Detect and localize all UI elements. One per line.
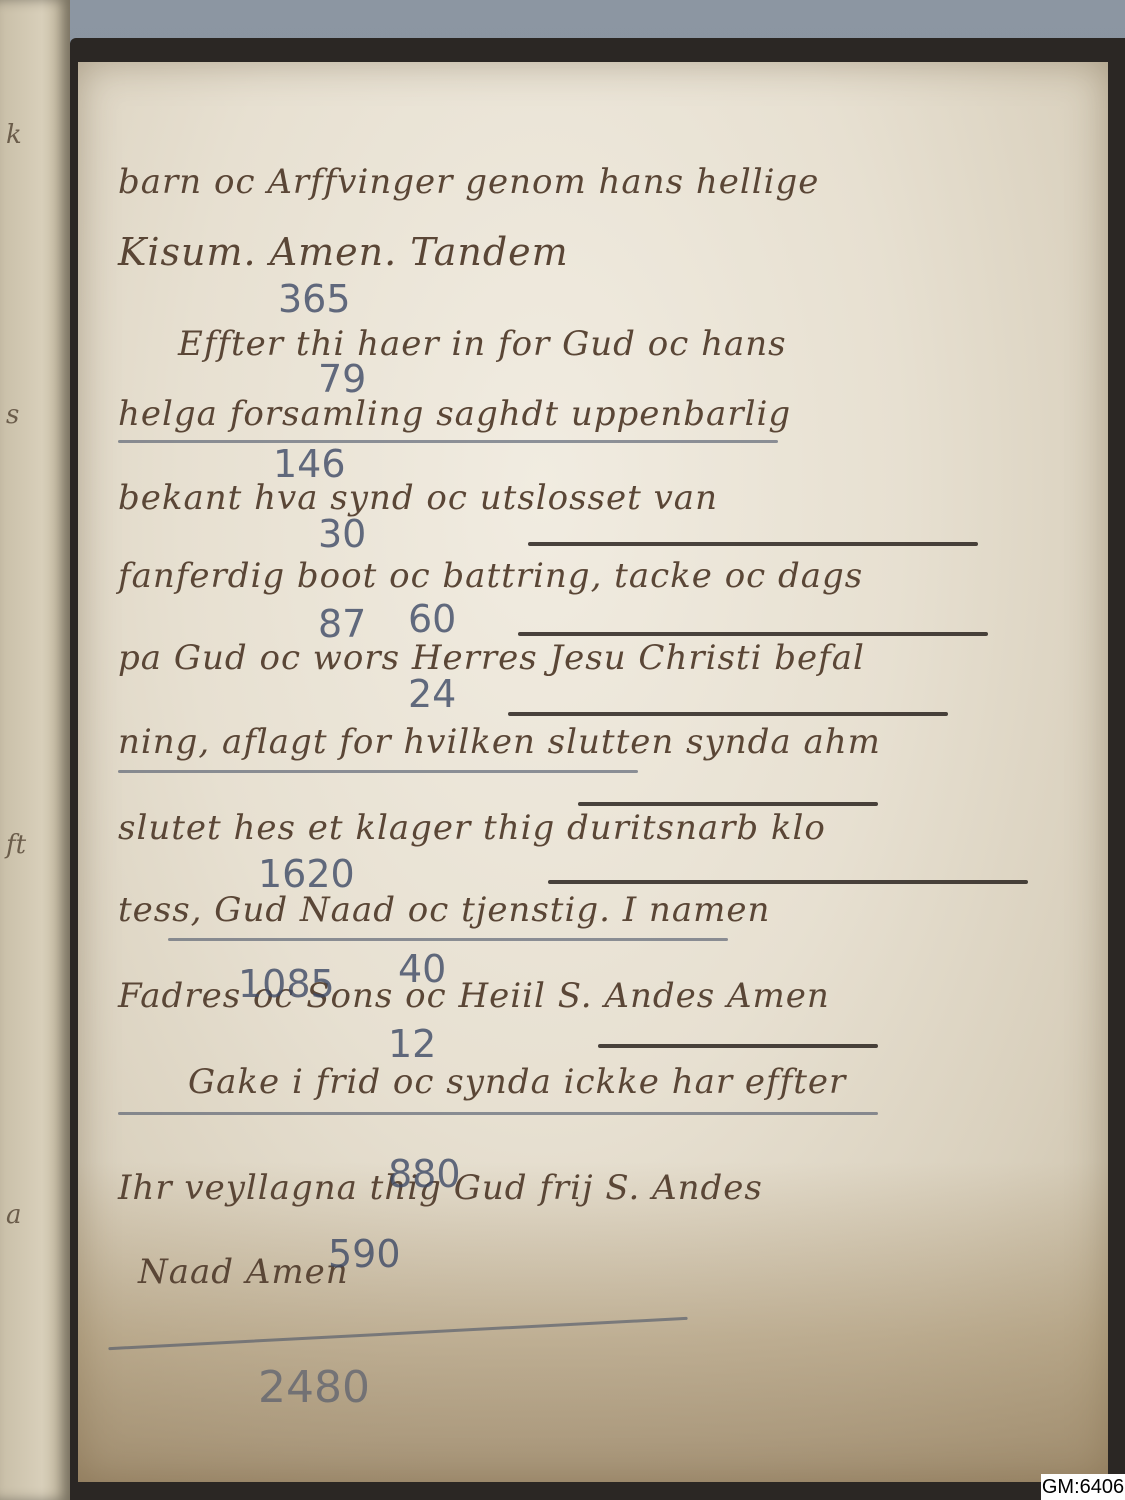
strikethrough bbox=[518, 632, 988, 636]
pencil-number: 365 bbox=[278, 277, 351, 321]
manuscript-line: helga forsamling saghdt uppenbarlig bbox=[118, 394, 791, 434]
manuscript-line: Naad Amen bbox=[138, 1252, 349, 1292]
manuscript-line: slutet hes et klager thig duritsnarb klo bbox=[118, 808, 826, 848]
pencil-number: 87 bbox=[318, 602, 366, 646]
manuscript-line: barn oc Arffvinger genom hans hellige bbox=[118, 162, 819, 202]
manuscript-line: Kisum. Amen. Tandem bbox=[118, 230, 569, 274]
pencil-number: 590 bbox=[328, 1232, 401, 1276]
left-page-edge: k s ft a bbox=[0, 0, 70, 1500]
pencil-number: 2480 bbox=[258, 1362, 370, 1413]
pencil-number: 12 bbox=[388, 1022, 436, 1066]
strikethrough bbox=[548, 880, 1028, 884]
margin-fragment: ft bbox=[6, 830, 26, 860]
manuscript-line: fanferdig boot oc battring, tacke oc dag… bbox=[118, 556, 863, 596]
manuscript-line: Fadres oc Sons oc Heiil S. Andes Amen bbox=[118, 976, 830, 1016]
strikethrough bbox=[508, 712, 948, 716]
strikethrough bbox=[528, 542, 978, 546]
pencil-underline bbox=[118, 440, 778, 443]
pencil-number: 60 bbox=[408, 597, 456, 641]
margin-fragment: k bbox=[6, 120, 22, 150]
manuscript-line: Effter thi haer in for Gud oc hans bbox=[178, 324, 787, 364]
manuscript-line: tess, Gud Naad oc tjenstig. I namen bbox=[118, 890, 770, 930]
margin-fragment: s bbox=[6, 400, 19, 430]
pencil-number: 40 bbox=[398, 947, 446, 991]
pencil-number: 30 bbox=[318, 512, 366, 556]
manuscript-line: ning, aflagt for hvilken slutten synda a… bbox=[118, 722, 881, 762]
pencil-number: 24 bbox=[408, 672, 456, 716]
manuscript-line: bekant hva synd oc utslosset van bbox=[118, 478, 718, 518]
pencil-underline bbox=[118, 1112, 878, 1115]
pencil-number: 1620 bbox=[258, 852, 355, 896]
pencil-number: 1085 bbox=[238, 962, 335, 1006]
pencil-underline bbox=[168, 938, 728, 941]
pencil-number: 146 bbox=[273, 442, 346, 486]
pencil-number: 79 bbox=[318, 357, 366, 401]
pencil-number: 880 bbox=[388, 1152, 461, 1196]
pencil-underline bbox=[118, 770, 638, 773]
strikethrough bbox=[598, 1044, 878, 1048]
margin-fragment: a bbox=[6, 1200, 22, 1230]
catalog-label: GM:6406 bbox=[1041, 1474, 1125, 1500]
manuscript-line: Gake i frid oc synda ickke har effter bbox=[188, 1062, 846, 1102]
strikethrough bbox=[578, 802, 878, 806]
manuscript-page: barn oc Arffvinger genom hans hellige Ki… bbox=[78, 62, 1108, 1482]
manuscript-line: pa Gud oc wors Herres Jesu Christi befal bbox=[118, 638, 865, 678]
